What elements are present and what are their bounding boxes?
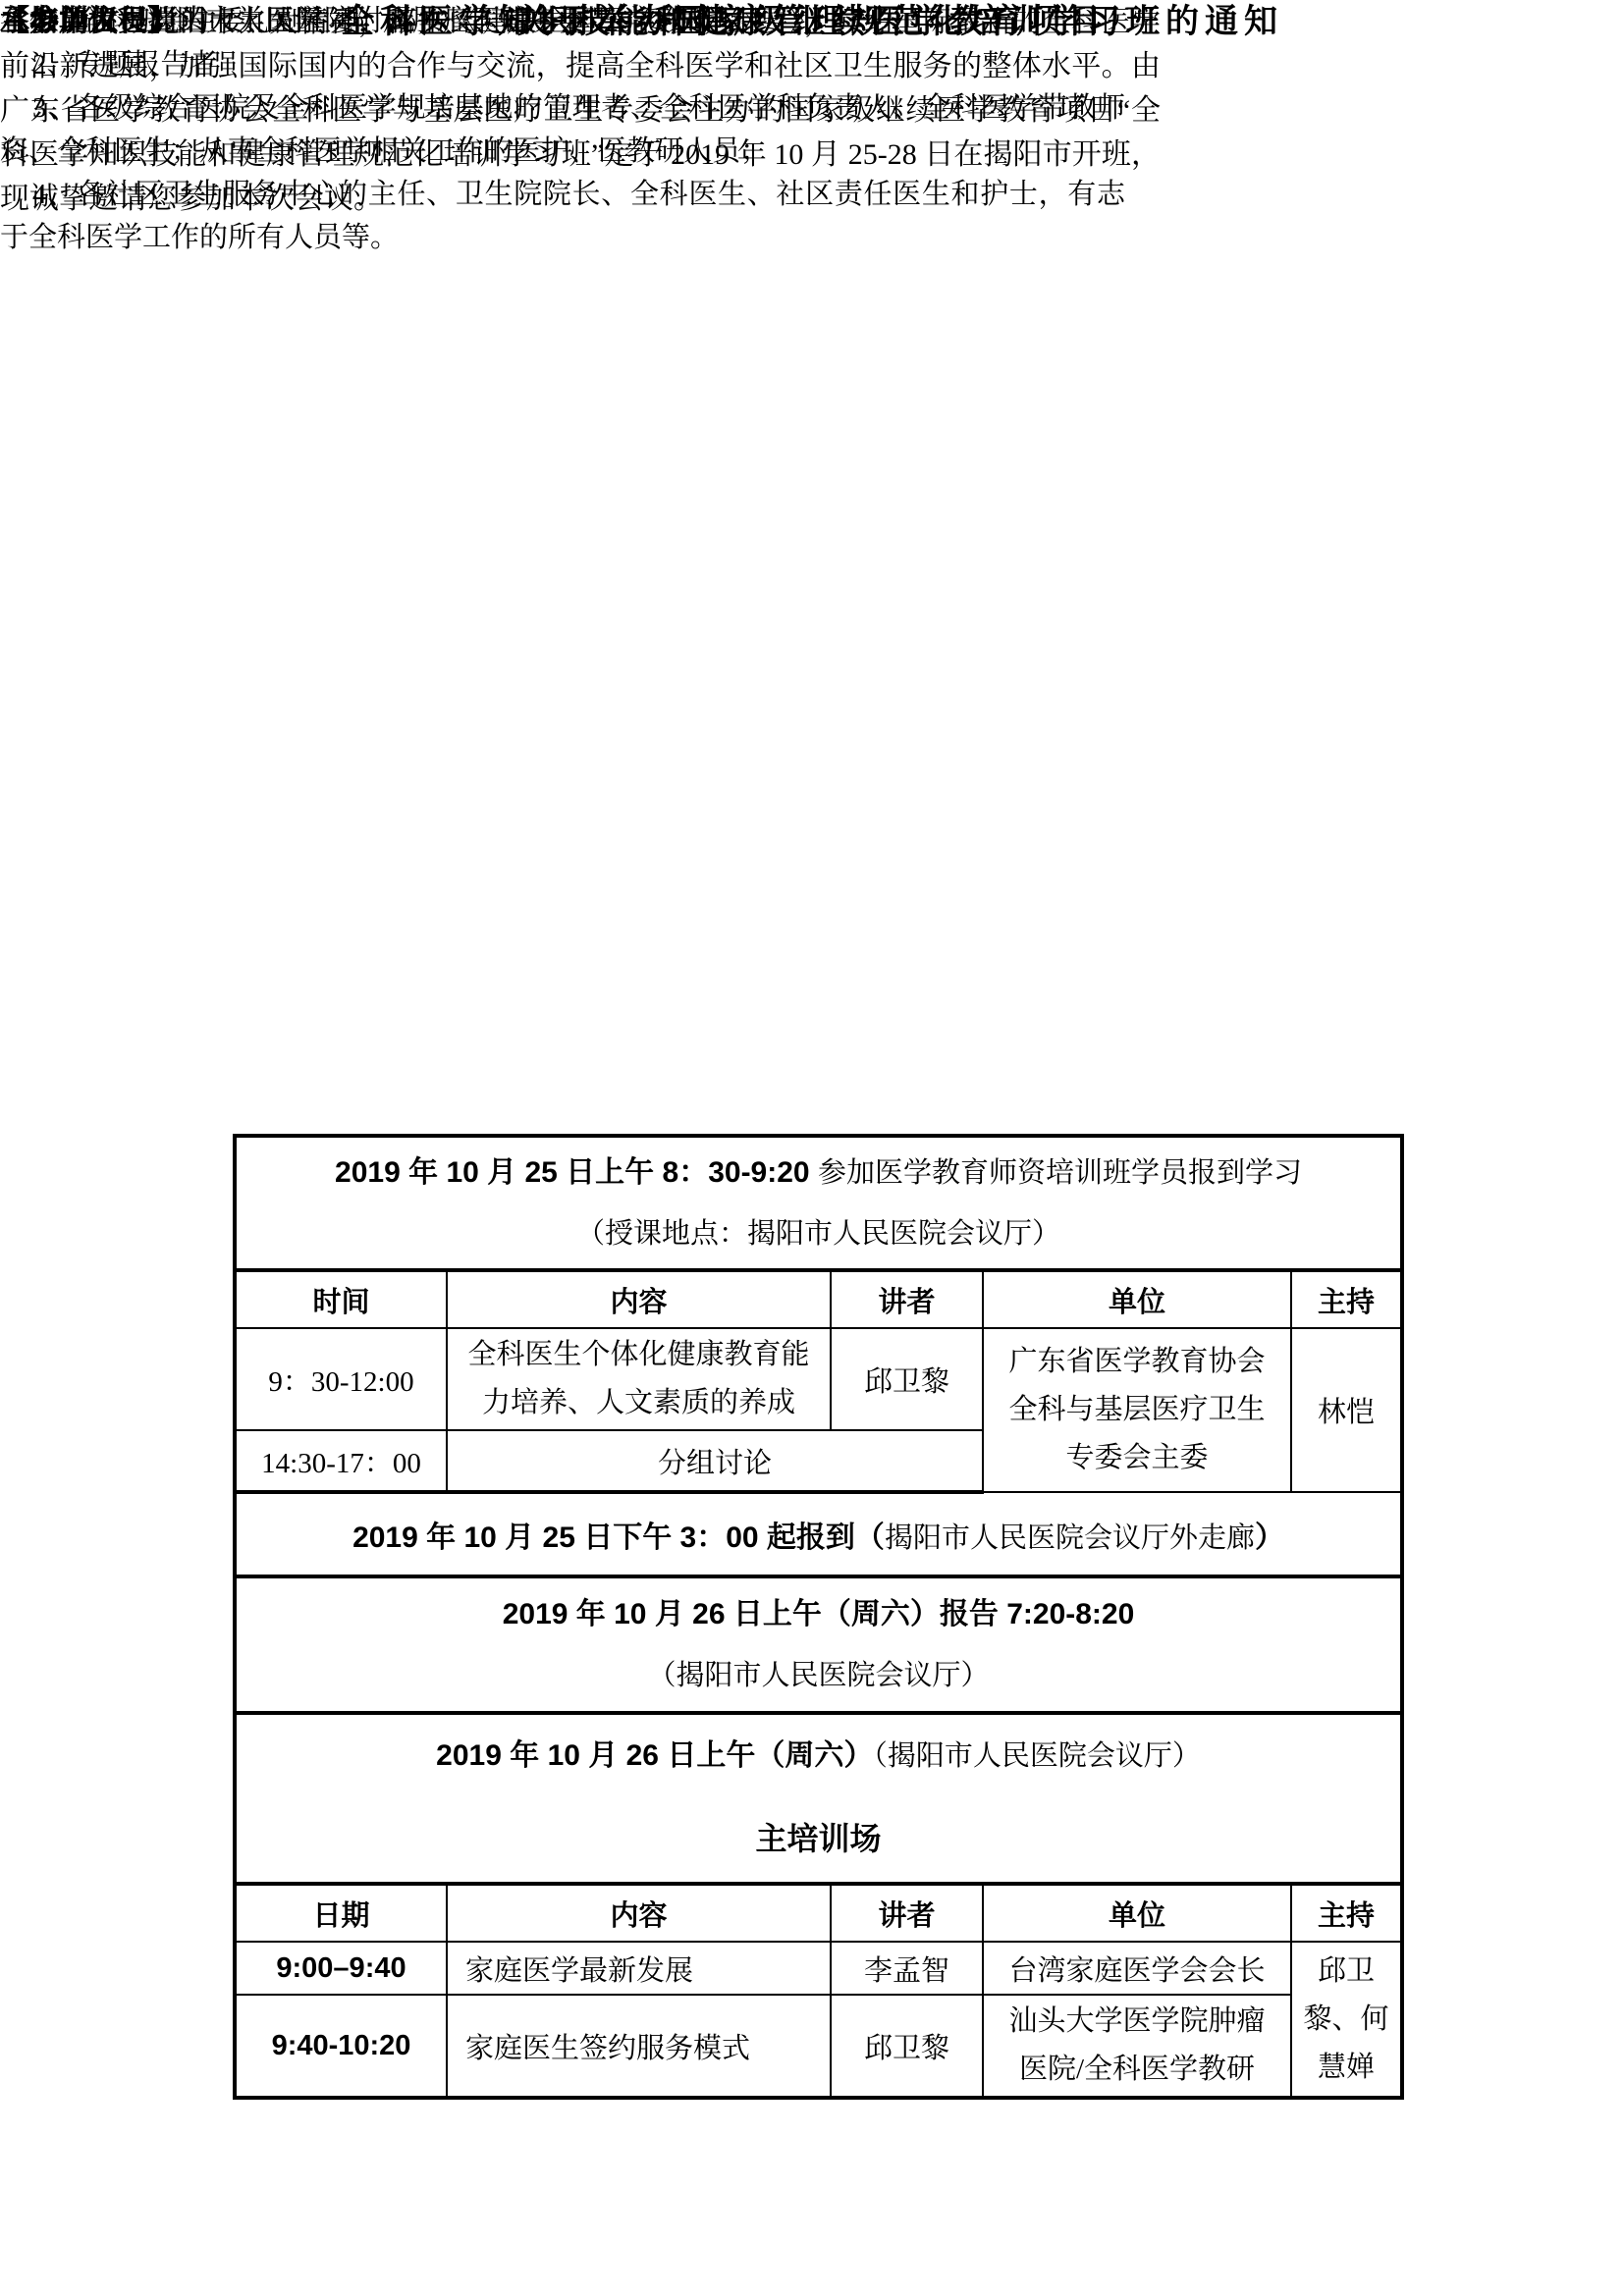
list-item-number: 4、 bbox=[32, 179, 77, 210]
main-session-title: 主培训场 bbox=[244, 1817, 1392, 1860]
header-cell-speaker: 讲者 bbox=[831, 1270, 983, 1328]
cell-speaker: 邱卫黎 bbox=[831, 1328, 983, 1430]
cell-content: 家庭医生签约服务模式 bbox=[447, 1995, 831, 2098]
report-location: （揭阳市人民医院会议厅） bbox=[244, 1656, 1392, 1695]
agenda-table: 2019 年 10 月 25 日上午 8：30-9:20 参加医学教育师资培训班… bbox=[233, 1134, 1404, 2100]
cell-host-merged: 林恺 bbox=[1291, 1328, 1402, 1492]
table-row-morning-lecture: 9：30-12:00 全科医生个体化健康教育能 力培养、人文素质的养成 邱卫黎 … bbox=[235, 1328, 1402, 1430]
header-cell-date: 日期 bbox=[235, 1884, 447, 1942]
report-title: 2019 年 10 月 26 日上午（周六）报告 7:20-8:20 bbox=[244, 1595, 1392, 1634]
agenda-heading: 【培训议程】 bbox=[0, 0, 177, 43]
list-item-text: 各级综合医院及全科医学规培基地的管理者、全科医学科负责人、全科医学带教师资、全科… bbox=[0, 92, 1125, 167]
registration-text-bold: 2019 年 10 月 25 日下午 3：00 起报到（ bbox=[352, 1522, 885, 1554]
session1-banner-cell: 2019 年 10 月 25 日上午 8：30-9:20 参加医学教育师资培训班… bbox=[235, 1136, 1402, 1270]
cell-speaker: 邱卫黎 bbox=[831, 1995, 983, 2098]
cell-time: 9:40-10:20 bbox=[235, 1995, 447, 2098]
registration-banner-cell: 2019 年 10 月 25 日下午 3：00 起报到（揭阳市人民医院会议厅外走… bbox=[235, 1492, 1402, 1576]
header-cell-host: 主持 bbox=[1291, 1270, 1402, 1328]
cell-time: 14:30-17：00 bbox=[235, 1430, 447, 1492]
registration-banner-row: 2019 年 10 月 25 日下午 3：00 起报到（揭阳市人民医院会议厅外走… bbox=[235, 1492, 1402, 1576]
cell-unit: 台湾家庭医学会会长 bbox=[983, 1942, 1291, 1995]
table2-header-row: 日期 内容 讲者 单位 主持 bbox=[235, 1884, 1402, 1942]
cell-unit: 汕头大学医学院肿瘤 医院/全科医学教研 bbox=[983, 1995, 1291, 2098]
cell-unit-merged: 广东省医学教育协会 全科与基层医疗卫生 专委会主委 bbox=[983, 1328, 1291, 1492]
header-cell-unit: 单位 bbox=[983, 1884, 1291, 1942]
header-cell-unit: 单位 bbox=[983, 1270, 1291, 1328]
cell-content: 家庭医学最新发展 bbox=[447, 1942, 831, 1995]
header-cell-content: 内容 bbox=[447, 1884, 831, 1942]
session1-banner-row: 2019 年 10 月 25 日上午 8：30-9:20 参加医学教育师资培训班… bbox=[235, 1136, 1402, 1270]
cell-time: 9:00–9:40 bbox=[235, 1942, 447, 1995]
list-item-number: 2、 bbox=[32, 49, 76, 80]
main-session-banner-row: 2019 年 10 月 26 日上午（周六）（揭阳市人民医院会议厅） 主培训场 bbox=[235, 1713, 1402, 1884]
document-page: 关于举办国家级继续医学教育项目 全科医学知识技能和健康管理规范化培训学习班的通知… bbox=[0, 0, 1624, 2296]
main-session-location: （揭阳市人民医院会议厅） bbox=[873, 1740, 1201, 1772]
list-item: 3、各级综合医院及全科医学规培基地的管理者、全科医学科负责人、全科医学带教师资、… bbox=[0, 86, 1125, 173]
main-session-date: 2019 年 10 月 26 日上午（周六） bbox=[436, 1739, 873, 1772]
cell-host-merged: 邱卫黎、何慧婵 bbox=[1291, 1942, 1402, 2098]
report-banner-row: 2019 年 10 月 26 日上午（周六）报告 7:20-8:20 （揭阳市人… bbox=[235, 1576, 1402, 1713]
list-item: 2、专题报告者 bbox=[0, 43, 1125, 86]
cell-content: 全科医生个体化健康教育能 力培养、人文素质的养成 bbox=[447, 1328, 831, 1430]
table1-header-row: 时间 内容 讲者 单位 主持 bbox=[235, 1270, 1402, 1328]
list-item: 4、各社区卫生服务中心的主任、卫生院院长、全科医生、社区责任医生和护士，有志于全… bbox=[0, 173, 1125, 259]
cell-speaker: 李孟智 bbox=[831, 1942, 983, 1995]
list-item-text: 专题报告者 bbox=[76, 49, 218, 80]
header-cell-host: 主持 bbox=[1291, 1884, 1402, 1942]
header-cell-speaker: 讲者 bbox=[831, 1884, 983, 1942]
main-session-banner-cell: 2019 年 10 月 26 日上午（周六）（揭阳市人民医院会议厅） 主培训场 bbox=[235, 1713, 1402, 1884]
list-item-number: 3、 bbox=[32, 92, 77, 124]
registration-close-paren: ） bbox=[1255, 1522, 1284, 1554]
session1-title-bold: 2019 年 10 月 25 日上午 8：30-9:20 bbox=[335, 1156, 818, 1189]
cell-content: 分组讨论 bbox=[447, 1430, 983, 1492]
report-banner-cell: 2019 年 10 月 26 日上午（周六）报告 7:20-8:20 （揭阳市人… bbox=[235, 1576, 1402, 1713]
cell-time: 9：30-12:00 bbox=[235, 1328, 447, 1430]
table-row-contract-service: 9:40-10:20 家庭医生签约服务模式 邱卫黎 汕头大学医学院肿瘤 医院/全… bbox=[235, 1995, 1402, 2098]
header-cell-content: 内容 bbox=[447, 1270, 831, 1328]
header-cell-time: 时间 bbox=[235, 1270, 447, 1328]
session1-location: （授课地点：揭阳市人民医院会议厅） bbox=[244, 1214, 1392, 1254]
registration-location: 揭阳市人民医院会议厅外走廊 bbox=[885, 1522, 1255, 1554]
list-item-text: 各社区卫生服务中心的主任、卫生院院长、全科医生、社区责任医生和护士，有志于全科医… bbox=[0, 179, 1125, 253]
table-row-family-medicine: 9:00–9:40 家庭医学最新发展 李孟智 台湾家庭医学会会长 邱卫黎、何慧婵 bbox=[235, 1942, 1402, 1995]
session1-title-regular: 参加医学教育师资培训班学员报到学习 bbox=[818, 1157, 1302, 1189]
